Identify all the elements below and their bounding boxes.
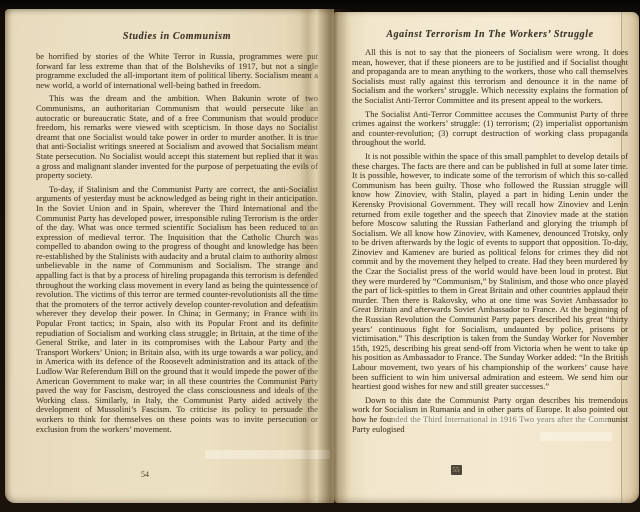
paragraph: be horrified by stories of the White Ter… [36,52,318,90]
paragraph: All this is not to say that the pioneers… [352,48,628,106]
book-spread: Studies in Communism be horrified by sto… [0,0,640,512]
left-running-head: Studies in Communism [36,31,318,42]
right-page-body: All this is not to say that the pioneers… [352,48,628,470]
left-page-body: be horrified by stories of the White Ter… [36,52,318,468]
left-page-number: 54 [4,470,286,479]
paragraph: This was the dream and the ambition. Whe… [36,94,318,180]
right-page: Against Terrorism In The Workers’ Strugg… [334,12,639,503]
paragraph: Down to this date the Communist Party or… [352,396,628,434]
paragraph: It is not possible within the space of t… [352,152,628,392]
left-page: Studies in Communism be horrified by sto… [5,9,334,503]
right-page-number: 55 [318,465,594,475]
paragraph: To-day, if Stalinism and the Communist P… [36,185,318,434]
paragraph: The Socialist Anti-Terror Committee accu… [352,110,628,148]
smudged-page-number: 55 [451,465,462,475]
right-running-head: Against Terrorism In The Workers’ Strugg… [352,29,628,40]
